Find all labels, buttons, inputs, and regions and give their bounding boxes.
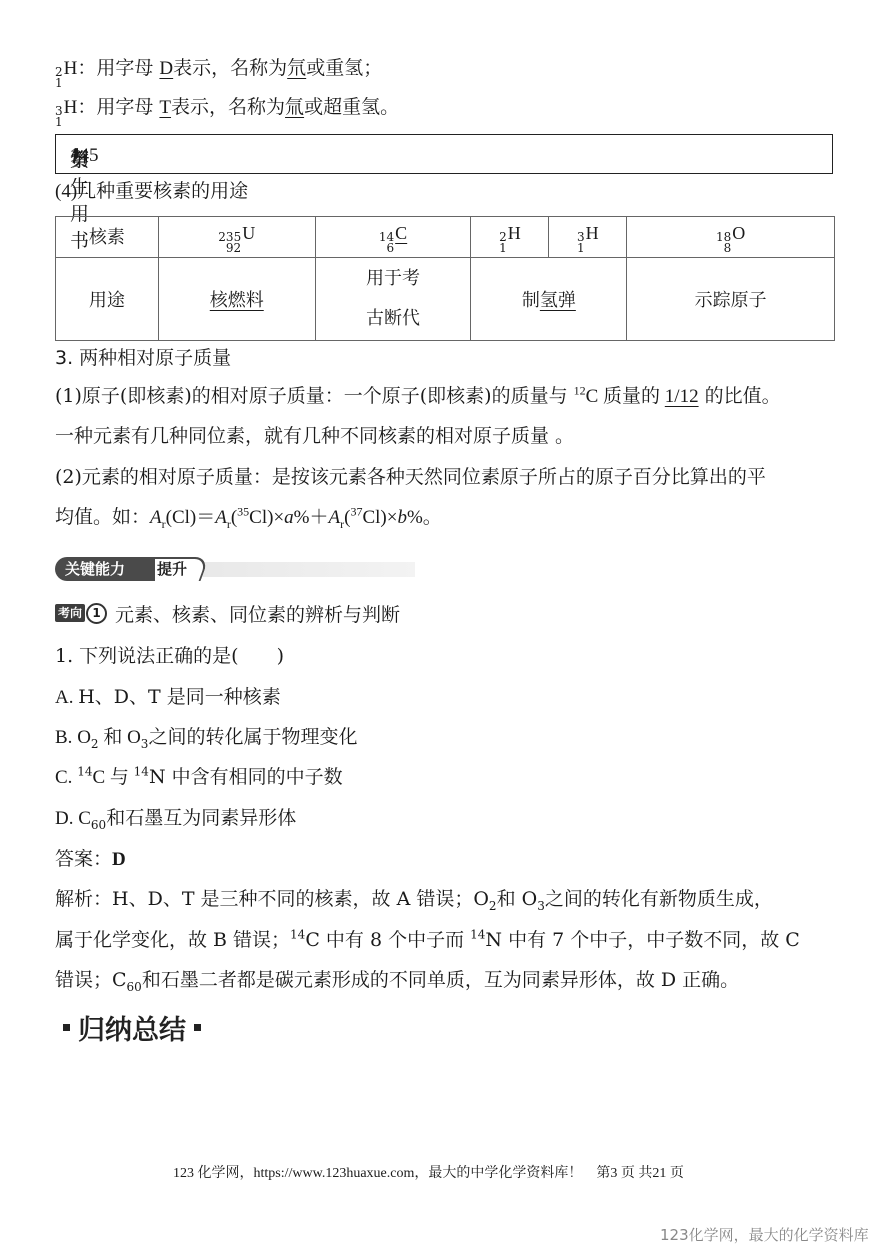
option-c: C. 14C 与 14N 中含有相同的中子数 — [55, 764, 343, 791]
section-3-para-1-line-2: 一种元素有几种同位素，就有几种不同核素的相对原子质量 。 — [55, 423, 574, 449]
nuclide-c14: 146C — [315, 217, 471, 258]
square-bullet-icon — [63, 1024, 70, 1031]
textbook-reference-box: 学生用书⬇第 145 页 — [55, 134, 833, 174]
key-ability-banner: 关键能力 提升 — [55, 557, 415, 581]
watermark: 123化学网，最大的化学资料库 — [660, 1224, 869, 1245]
nuclide-uses-table: 核素 23592U 146C 21H 31H 188O 用途 核燃料 用于考古断… — [55, 216, 835, 341]
answer-line: 答案：D — [55, 846, 126, 873]
banner-fade-bar — [195, 562, 415, 577]
row-header-nuclide: 核素 — [56, 217, 159, 258]
square-bullet-icon — [194, 1024, 201, 1031]
topic-heading: 考向 1 元素、核素、同位素的辨析与判断 — [55, 600, 400, 626]
circled-number-icon: 1 — [86, 603, 107, 624]
section-3-formula-line: 均值。如：Ar(Cl)＝Ar(35Cl)×a%＋Ar(37Cl)×b%。 — [55, 504, 442, 531]
use-hydrogen: 制氢弹 — [471, 258, 627, 341]
use-u235: 核燃料 — [158, 258, 315, 341]
answer-value: D — [112, 849, 126, 870]
page-footer: 123 化学网，https://www.123huaxue.com，最大的中学化… — [173, 1162, 684, 1182]
nuclide-o18: 188O — [627, 217, 835, 258]
isotope-symbol: 31H — [55, 95, 77, 126]
table-row: 用途 核燃料 用于考古断代 制氢弹 示踪原子 — [56, 258, 835, 341]
row-header-use: 用途 — [56, 258, 159, 341]
section-3-title: 3. 两种相对原子质量 — [55, 343, 231, 370]
question-stem: 1. 下列说法正确的是( ) — [55, 643, 284, 669]
use-o18: 示踪原子 — [627, 258, 835, 341]
option-b: B. O2 和 O3之间的转化属于物理变化 — [55, 724, 357, 751]
section-4-title: (4)几种重要核素的用途 — [55, 179, 248, 205]
isotope-symbol: 21H — [55, 56, 77, 87]
nuclide-u235: 23592U — [158, 217, 315, 258]
banner-light-label: 提升 — [157, 557, 187, 581]
analysis-line-1: 解析：H、D、T 是三种不同的核素，故 A 错误；O2和 O3之间的转化有新物质… — [55, 886, 773, 912]
analysis-line-3: 错误；C60和石墨二者都是碳元素形成的不同单质，互为同素异形体，故 D 正确。 — [55, 967, 739, 993]
nuclide-h2: 21H — [471, 217, 549, 258]
deuterium-line: 21H：用字母 D表示，名称为氘或重氢； — [55, 55, 382, 87]
section-3-para-1: (1)原子(即核素)的相对原子质量：一个原子(即核素)的质量与 12C 质量的 … — [55, 383, 781, 410]
analysis-line-2: 属于化学变化，故 B 错误；14C 中有 8 个中子而 14N 中有 7 个中子… — [55, 927, 800, 953]
topic-tag: 考向 — [55, 604, 85, 622]
option-d: D. C60和石墨互为同素异形体 — [55, 805, 296, 832]
banner-dark-label: 关键能力 — [55, 557, 155, 581]
topic-title: 元素、核素、同位素的辨析与判断 — [115, 600, 400, 627]
use-c14: 用于考古断代 — [315, 258, 471, 341]
table-row: 核素 23592U 146C 21H 31H 188O — [56, 217, 835, 258]
option-a: A. H、D、T 是同一种核素 — [55, 684, 281, 711]
tritium-line: 31H：用字母 T表示，名称为氚或超重氢。 — [55, 94, 399, 126]
summary-heading: 归纳总结 — [55, 1008, 209, 1047]
nuclide-h3: 31H — [549, 217, 627, 258]
section-3-para-2: (2)元素的相对原子质量：是按该元素各种天然同位素原子所占的原子百分比算出的平 — [55, 464, 766, 490]
